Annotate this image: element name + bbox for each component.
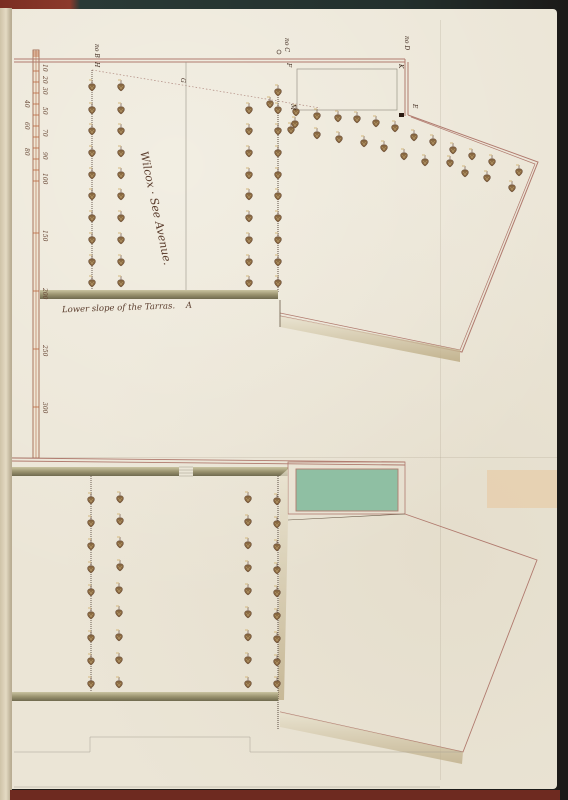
upper-terrace (40, 290, 278, 299)
sight-line (92, 70, 320, 108)
point-mark-g: G (179, 78, 186, 83)
scale-tick-label: 100 (41, 173, 48, 184)
scale-tick-label: 150 (41, 230, 48, 241)
lower-terrace (12, 692, 278, 701)
scale-tick-label: 10 (41, 64, 48, 72)
enclosure-trees (267, 85, 523, 192)
point-mark-c: no C (283, 38, 290, 52)
point-mark-e: E (411, 104, 418, 108)
estate-plan-drawing (0, 0, 568, 800)
scale-tick-label: 250 (41, 345, 48, 356)
scale-tick-label: 200 (41, 288, 48, 299)
scale-side-label: 40 (23, 100, 30, 108)
scale-bar (33, 50, 39, 458)
scale-side-label: 60 (23, 122, 30, 130)
scale-tick-label: 20 (41, 76, 48, 84)
scale-tick-label: 90 (41, 152, 48, 160)
point-mark-k: K (397, 64, 404, 68)
upper-avenue-trees (89, 80, 282, 287)
point-mark-d: no D (403, 36, 410, 50)
top-boundary-wall (14, 59, 408, 116)
scale-tick-label: 30 (41, 87, 48, 95)
upper-enclosure (280, 115, 538, 362)
point-mark-m: M (289, 104, 296, 110)
scale-tick-label: 50 (41, 107, 48, 115)
building-outline (297, 69, 397, 110)
point-mark-no-b: no B (93, 44, 100, 58)
point-mark-f: F (285, 63, 292, 67)
slope-marker: A (186, 301, 192, 311)
lower-avenue-trees (88, 492, 281, 688)
scale-tick-label: 300 (41, 402, 48, 413)
lower-enclosure (280, 514, 537, 764)
scale-side-label: 80 (23, 148, 30, 156)
pond (288, 462, 405, 514)
scale-tick-label: 70 (41, 129, 48, 137)
corner-marker (399, 113, 404, 117)
point-mark-h: H (93, 62, 100, 67)
